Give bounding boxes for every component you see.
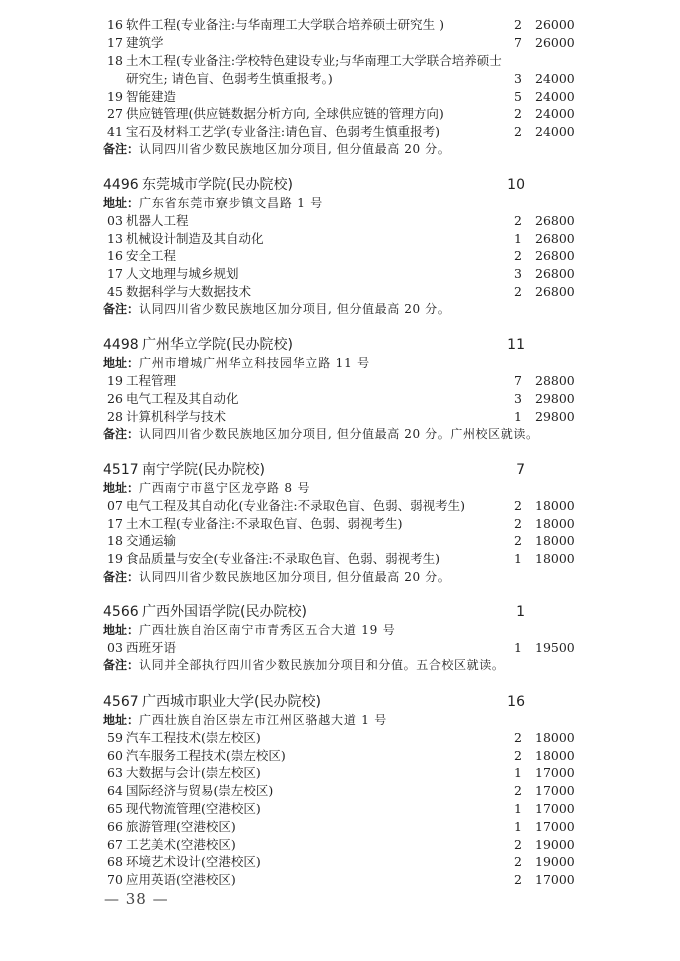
major-fee: 19500 <box>535 639 575 657</box>
major-count: 1 <box>508 818 522 836</box>
school-total: 7 <box>501 460 525 480</box>
major-row: 16 安全工程 2 26800 <box>103 247 573 265</box>
major-count: 2 <box>508 105 522 123</box>
major-code: 07 <box>107 497 125 515</box>
school-name: 东莞城市学院(民办院校) <box>142 175 293 195</box>
major-count: 5 <box>508 88 522 106</box>
major-count: 1 <box>508 764 522 782</box>
major-count: 3 <box>508 390 522 408</box>
major-count: 7 <box>508 372 522 390</box>
major-count: 2 <box>508 782 522 800</box>
major-name: 国际经济与贸易(崇左校区) <box>126 782 273 800</box>
major-count: 2 <box>508 871 522 889</box>
major-code: 65 <box>107 800 125 818</box>
major-count: 1 <box>508 550 522 568</box>
major-row: 19 工程管理 7 28800 <box>103 372 573 390</box>
major-code: 60 <box>107 747 125 765</box>
address-label: 地址： <box>103 481 139 495</box>
major-code: 17 <box>107 515 125 533</box>
major-code: 59 <box>107 729 125 747</box>
major-row: 28 计算机科学与技术 1 29800 <box>103 408 573 426</box>
major-fee: 17000 <box>535 782 575 800</box>
major-code: 67 <box>107 836 125 854</box>
major-count: 1 <box>508 800 522 818</box>
major-name-continued: 研究生; 请色盲、色弱考生慎重报考。) <box>126 70 333 88</box>
major-count: 2 <box>508 247 522 265</box>
major-name: 应用英语(空港校区) <box>126 871 236 889</box>
address-text: 广西壮族自治区南宁市青秀区五合大道 19 号 <box>139 623 396 637</box>
major-count: 3 <box>508 265 522 283</box>
major-name: 人文地理与城乡规划 <box>126 265 239 283</box>
major-name: 工艺美术(空港校区) <box>126 836 236 854</box>
major-fee: 18000 <box>535 550 575 568</box>
major-name: 汽车服务工程技术(崇左校区) <box>126 747 286 765</box>
major-name: 食品质量与安全(专业备注:不录取色盲、色弱、弱视考生) <box>126 550 440 568</box>
major-fee: 24000 <box>535 123 575 141</box>
major-fee: 24000 <box>535 105 575 123</box>
major-name: 宝石及材料工艺学(专业备注:请色盲、色弱考生慎重报考) <box>126 123 440 141</box>
major-fee: 26000 <box>535 16 575 34</box>
major-row: 59 汽车工程技术(崇左校区) 2 18000 <box>103 729 573 747</box>
major-row: 63 大数据与会计(崇左校区) 1 17000 <box>103 764 573 782</box>
major-fee: 19000 <box>535 836 575 854</box>
major-code: 66 <box>107 818 125 836</box>
school-code: 4498 <box>103 335 139 355</box>
school-code: 4496 <box>103 175 139 195</box>
major-fee: 26800 <box>535 230 575 248</box>
address-text: 广州市增城广州华立科技园华立路 11 号 <box>139 356 370 370</box>
major-count: 2 <box>508 853 522 871</box>
school-address: 地址：广西南宁市邕宁区龙亭路 8 号 <box>103 479 310 497</box>
remark-text: 认同并全部执行四川省少数民族加分项目和分值。五合校区就读。 <box>139 658 504 672</box>
remark-label: 备注： <box>103 142 139 156</box>
major-row: 18 土木工程(专业备注:学校特色建设专业;与华南理工大学联合培养硕士 <box>103 52 573 70</box>
major-row: 41 宝石及材料工艺学(专业备注:请色盲、色弱考生慎重报考) 2 24000 <box>103 123 573 141</box>
major-row: 65 现代物流管理(空港校区) 1 17000 <box>103 800 573 818</box>
school-header: 4567 广西城市职业大学(民办院校) 16 <box>103 692 573 712</box>
major-fee: 17000 <box>535 800 575 818</box>
major-row: 07 电气工程及其自动化(专业备注:不录取色盲、色弱、弱视考生) 2 18000 <box>103 497 573 515</box>
major-count: 2 <box>508 283 522 301</box>
remark-label: 备注： <box>103 658 139 672</box>
major-name: 智能建造 <box>126 88 176 106</box>
major-code: 63 <box>107 764 125 782</box>
major-row-continuation: 研究生; 请色盲、色弱考生慎重报考。) 3 24000 <box>103 70 573 88</box>
major-name: 机器人工程 <box>126 212 189 230</box>
major-count: 1 <box>508 639 522 657</box>
major-count: 2 <box>508 515 522 533</box>
major-name: 旅游管理(空港校区) <box>126 818 236 836</box>
major-name: 数据科学与大数据技术 <box>126 283 251 301</box>
major-count: 2 <box>508 123 522 141</box>
major-name: 安全工程 <box>126 247 176 265</box>
major-name: 西班牙语 <box>126 639 176 657</box>
major-fee: 19000 <box>535 853 575 871</box>
major-row: 45 数据科学与大数据技术 2 26800 <box>103 283 573 301</box>
document-page: 16 软件工程(专业备注:与华南理工大学联合培养硕士研究生 ) 2 26000 … <box>0 0 680 961</box>
major-fee: 26800 <box>535 247 575 265</box>
major-row: 19 智能建造 5 24000 <box>103 88 573 106</box>
major-code: 16 <box>107 16 125 34</box>
school-total: 1 <box>501 602 525 622</box>
major-code: 18 <box>107 52 125 70</box>
major-row: 66 旅游管理(空港校区) 1 17000 <box>103 818 573 836</box>
major-fee: 26000 <box>535 34 575 52</box>
major-fee: 18000 <box>535 532 575 550</box>
major-count: 2 <box>508 747 522 765</box>
major-count: 1 <box>508 408 522 426</box>
major-code: 19 <box>107 88 125 106</box>
major-row: 17 人文地理与城乡规划 3 26800 <box>103 265 573 283</box>
major-name: 建筑学 <box>126 34 164 52</box>
school-code: 4566 <box>103 602 139 622</box>
address-text: 广东省东莞市寮步镇文昌路 1 号 <box>139 196 323 210</box>
school-address: 地址：广西壮族自治区南宁市青秀区五合大道 19 号 <box>103 621 396 639</box>
major-count: 2 <box>508 212 522 230</box>
major-code: 16 <box>107 247 125 265</box>
major-row: 17 土木工程(专业备注:不录取色盲、色弱、弱视考生) 2 18000 <box>103 515 573 533</box>
major-code: 18 <box>107 532 125 550</box>
school-name: 广西城市职业大学(民办院校) <box>142 692 321 712</box>
major-code: 70 <box>107 871 125 889</box>
major-code: 27 <box>107 105 125 123</box>
major-code: 28 <box>107 408 125 426</box>
major-name: 电气工程及其自动化 <box>126 390 239 408</box>
major-fee: 28800 <box>535 372 575 390</box>
school-name: 南宁学院(民办院校) <box>142 460 265 480</box>
remark: 备注：认同四川省少数民族地区加分项目, 但分值最高 20 分。 <box>103 300 450 318</box>
school-header: 4517 南宁学院(民办院校) 7 <box>103 460 573 480</box>
major-fee: 29800 <box>535 408 575 426</box>
major-fee: 17000 <box>535 871 575 889</box>
remark-label: 备注： <box>103 302 139 316</box>
remark-text: 认同四川省少数民族地区加分项目, 但分值最高 20 分。 <box>139 570 450 584</box>
major-code: 64 <box>107 782 125 800</box>
major-name: 计算机科学与技术 <box>126 408 226 426</box>
major-name: 软件工程(专业备注:与华南理工大学联合培养硕士研究生 ) <box>126 16 444 34</box>
major-fee: 18000 <box>535 515 575 533</box>
major-name: 交通运输 <box>126 532 176 550</box>
major-fee: 17000 <box>535 818 575 836</box>
major-row: 13 机械设计制造及其自动化 1 26800 <box>103 230 573 248</box>
major-code: 26 <box>107 390 125 408</box>
major-name: 环境艺术设计(空港校区) <box>126 853 261 871</box>
major-fee: 24000 <box>535 88 575 106</box>
address-label: 地址： <box>103 713 139 727</box>
remark: 备注：认同四川省少数民族地区加分项目, 但分值最高 20 分。广州校区就读。 <box>103 425 539 443</box>
school-address: 地址：广西壮族自治区崇左市江州区骆越大道 1 号 <box>103 711 387 729</box>
remark-text: 认同四川省少数民族地区加分项目, 但分值最高 20 分。广州校区就读。 <box>139 427 539 441</box>
address-label: 地址： <box>103 623 139 637</box>
remark: 备注：认同四川省少数民族地区加分项目, 但分值最高 20 分。 <box>103 568 450 586</box>
major-name: 现代物流管理(空港校区) <box>126 800 261 818</box>
major-code: 03 <box>107 639 125 657</box>
major-count: 3 <box>508 70 522 88</box>
major-code: 03 <box>107 212 125 230</box>
major-code: 13 <box>107 230 125 248</box>
major-row: 17 建筑学 7 26000 <box>103 34 573 52</box>
major-code: 45 <box>107 283 125 301</box>
major-row: 68 环境艺术设计(空港校区) 2 19000 <box>103 853 573 871</box>
remark: 备注：认同四川省少数民族地区加分项目, 但分值最高 20 分。 <box>103 140 450 158</box>
major-fee: 24000 <box>535 70 575 88</box>
school-total: 11 <box>501 335 525 355</box>
major-count: 2 <box>508 836 522 854</box>
school-total: 10 <box>501 175 525 195</box>
major-fee: 26800 <box>535 283 575 301</box>
major-fee: 29800 <box>535 390 575 408</box>
remark: 备注：认同并全部执行四川省少数民族加分项目和分值。五合校区就读。 <box>103 656 504 674</box>
major-fee: 18000 <box>535 497 575 515</box>
major-name: 工程管理 <box>126 372 176 390</box>
major-row: 19 食品质量与安全(专业备注:不录取色盲、色弱、弱视考生) 1 18000 <box>103 550 573 568</box>
remark-text: 认同四川省少数民族地区加分项目, 但分值最高 20 分。 <box>139 142 450 156</box>
major-code: 17 <box>107 265 125 283</box>
major-code: 41 <box>107 123 125 141</box>
major-name: 供应链管理(供应链数据分析方向, 全球供应链的管理方向) <box>126 105 444 123</box>
remark-label: 备注： <box>103 570 139 584</box>
major-name: 大数据与会计(崇左校区) <box>126 764 261 782</box>
major-fee: 18000 <box>535 747 575 765</box>
major-row: 18 交通运输 2 18000 <box>103 532 573 550</box>
school-address: 地址：广东省东莞市寮步镇文昌路 1 号 <box>103 194 323 212</box>
major-row: 27 供应链管理(供应链数据分析方向, 全球供应链的管理方向) 2 24000 <box>103 105 573 123</box>
school-header: 4566 广西外国语学院(民办院校) 1 <box>103 602 573 622</box>
school-header: 4498 广州华立学院(民办院校) 11 <box>103 335 573 355</box>
major-row: 03 机器人工程 2 26800 <box>103 212 573 230</box>
major-row: 67 工艺美术(空港校区) 2 19000 <box>103 836 573 854</box>
major-row: 26 电气工程及其自动化 3 29800 <box>103 390 573 408</box>
major-count: 7 <box>508 34 522 52</box>
remark-text: 认同四川省少数民族地区加分项目, 但分值最高 20 分。 <box>139 302 450 316</box>
school-code: 4517 <box>103 460 139 480</box>
school-code: 4567 <box>103 692 139 712</box>
major-count: 1 <box>508 230 522 248</box>
major-row: 70 应用英语(空港校区) 2 17000 <box>103 871 573 889</box>
major-code: 19 <box>107 372 125 390</box>
address-text: 广西南宁市邕宁区龙亭路 8 号 <box>139 481 310 495</box>
major-name: 电气工程及其自动化(专业备注:不录取色盲、色弱、弱视考生) <box>126 497 465 515</box>
school-address: 地址：广州市增城广州华立科技园华立路 11 号 <box>103 354 370 372</box>
major-name: 土木工程(专业备注:学校特色建设专业;与华南理工大学联合培养硕士 <box>126 52 502 70</box>
school-name: 广西外国语学院(民办院校) <box>142 602 307 622</box>
address-text: 广西壮族自治区崇左市江州区骆越大道 1 号 <box>139 713 387 727</box>
remark-label: 备注： <box>103 427 139 441</box>
major-fee: 18000 <box>535 729 575 747</box>
address-label: 地址： <box>103 196 139 210</box>
major-name: 机械设计制造及其自动化 <box>126 230 264 248</box>
major-fee: 17000 <box>535 764 575 782</box>
major-name: 汽车工程技术(崇左校区) <box>126 729 261 747</box>
major-count: 2 <box>508 16 522 34</box>
school-total: 16 <box>501 692 525 712</box>
major-fee: 26800 <box>535 212 575 230</box>
school-header: 4496 东莞城市学院(民办院校) 10 <box>103 175 573 195</box>
major-code: 19 <box>107 550 125 568</box>
major-row: 60 汽车服务工程技术(崇左校区) 2 18000 <box>103 747 573 765</box>
address-label: 地址： <box>103 356 139 370</box>
major-row: 64 国际经济与贸易(崇左校区) 2 17000 <box>103 782 573 800</box>
major-row: 03 西班牙语 1 19500 <box>103 639 573 657</box>
school-name: 广州华立学院(民办院校) <box>142 335 293 355</box>
major-code: 68 <box>107 853 125 871</box>
page-number: — 38 — <box>104 890 169 908</box>
major-name: 土木工程(专业备注:不录取色盲、色弱、弱视考生) <box>126 515 402 533</box>
major-count: 2 <box>508 729 522 747</box>
major-count: 2 <box>508 532 522 550</box>
major-row: 16 软件工程(专业备注:与华南理工大学联合培养硕士研究生 ) 2 26000 <box>103 16 573 34</box>
major-fee: 26800 <box>535 265 575 283</box>
major-code: 17 <box>107 34 125 52</box>
major-count: 2 <box>508 497 522 515</box>
